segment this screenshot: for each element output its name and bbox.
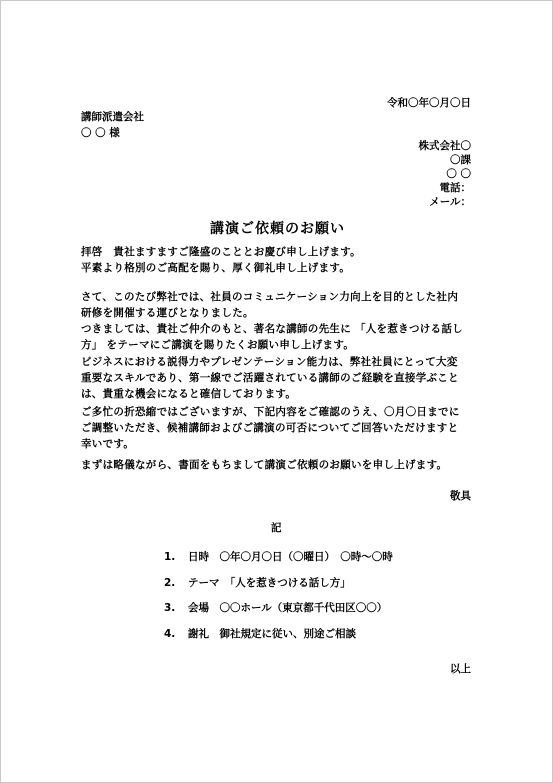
text-line: 方」 をテーマにご講演を賜りたくお願い申し上げます。 — [81, 337, 474, 353]
list-text: 会場 〇〇ホール（東京都千代田区〇〇） — [188, 602, 387, 614]
list-number: 3. — [164, 602, 188, 614]
text-line: ご調整いただき、候補講師およびご講演の可否についてご回答いただけますと — [81, 420, 474, 436]
sender-name: 〇 〇 — [446, 167, 471, 181]
document-page: 令和〇年〇月〇日 講師派遣会社 〇 〇 様 株式会社〇 〇課 〇 〇 電話： メ… — [0, 0, 553, 783]
list-number: 1. — [164, 551, 188, 563]
text-line: は、貴重な機会になると確信しております。 — [81, 386, 474, 402]
paragraph-request: ご多忙の折恐縮ではございますが、下記内容をご確認のうえ、〇月〇日までに ご調整い… — [81, 404, 474, 452]
list-text: テーマ 「人を惹きつける話し方」 — [188, 577, 351, 589]
paragraph-purpose: さて、このたび弊社では、社員のコミュニケーション力向上を目的とした社内 研修を開… — [81, 289, 474, 353]
list-item: 4.謝礼 御社規定に従い、別途ご相談 — [164, 626, 356, 641]
text-line: つきましては、貴社ご仲介のもと、著名な講師の先生に 「人を惹きつける話し — [81, 321, 474, 337]
sender-company: 株式会社〇 — [419, 139, 472, 153]
text-line: まずは略儀ながら、書面をもちまして講演ご依頼のお願いを申し上げます。 — [81, 457, 474, 473]
list-item: 3.会場 〇〇ホール（東京都千代田区〇〇） — [164, 600, 387, 615]
text-line: さて、このたび弊社では、社員のコミュニケーション力向上を目的とした社内 — [81, 289, 474, 305]
end-ijou: 以上 — [450, 662, 471, 676]
paragraph-closing: まずは略儀ながら、書面をもちまして講演ご依頼のお願いを申し上げます。 — [81, 457, 474, 473]
list-item: 2.テーマ 「人を惹きつける話し方」 — [164, 575, 351, 590]
list-text: 謝礼 御社規定に従い、別途ご相談 — [188, 628, 356, 640]
text-line: 拝啓 貴社ますますご隆盛のこととお慶び申し上げます。 — [81, 244, 474, 260]
list-text: 日時 〇年〇月〇日（〇曜日） 〇時～〇時 — [188, 551, 393, 563]
recipient-name: 〇 〇 様 — [81, 126, 120, 140]
text-line: 研修を開催する運びとなりました。 — [81, 305, 474, 321]
sender-phone: 電話： — [440, 181, 472, 195]
text-line: ビジネスにおける説得力やプレゼンテーション能力は、弊社社員にとって大変 — [81, 354, 474, 370]
closing-keigu: 敬具 — [450, 489, 471, 503]
paragraph-importance: ビジネスにおける説得力やプレゼンテーション能力は、弊社社員にとって大変 重要なス… — [81, 354, 474, 402]
text-line: ご多忙の折恐縮ではございますが、下記内容をご確認のうえ、〇月〇日までに — [81, 404, 474, 420]
sender-department: 〇課 — [450, 153, 471, 167]
date: 令和〇年〇月〇日 — [387, 96, 471, 110]
list-number: 2. — [164, 577, 188, 589]
sender-email: メール： — [429, 195, 471, 209]
text-line: 幸いです。 — [81, 436, 474, 452]
document-title: 講演ご依頼のお願い — [1, 218, 553, 238]
recipient-company: 講師派遣会社 — [81, 110, 144, 124]
paragraph-greeting: 拝啓 貴社ますますご隆盛のこととお慶び申し上げます。 平素より格別のご高配を賜り… — [81, 244, 474, 276]
list-number: 4. — [164, 628, 188, 640]
list-item: 1.日時 〇年〇月〇日（〇曜日） 〇時～〇時 — [164, 549, 393, 564]
text-line: 重要なスキルであり、第一線でご活躍されている講師のご経験を直接学ぶこと — [81, 370, 474, 386]
text-line: 平素より格別のご高配を賜り、厚く御礼申し上げます。 — [81, 260, 474, 276]
ki-heading: 記 — [271, 520, 282, 535]
